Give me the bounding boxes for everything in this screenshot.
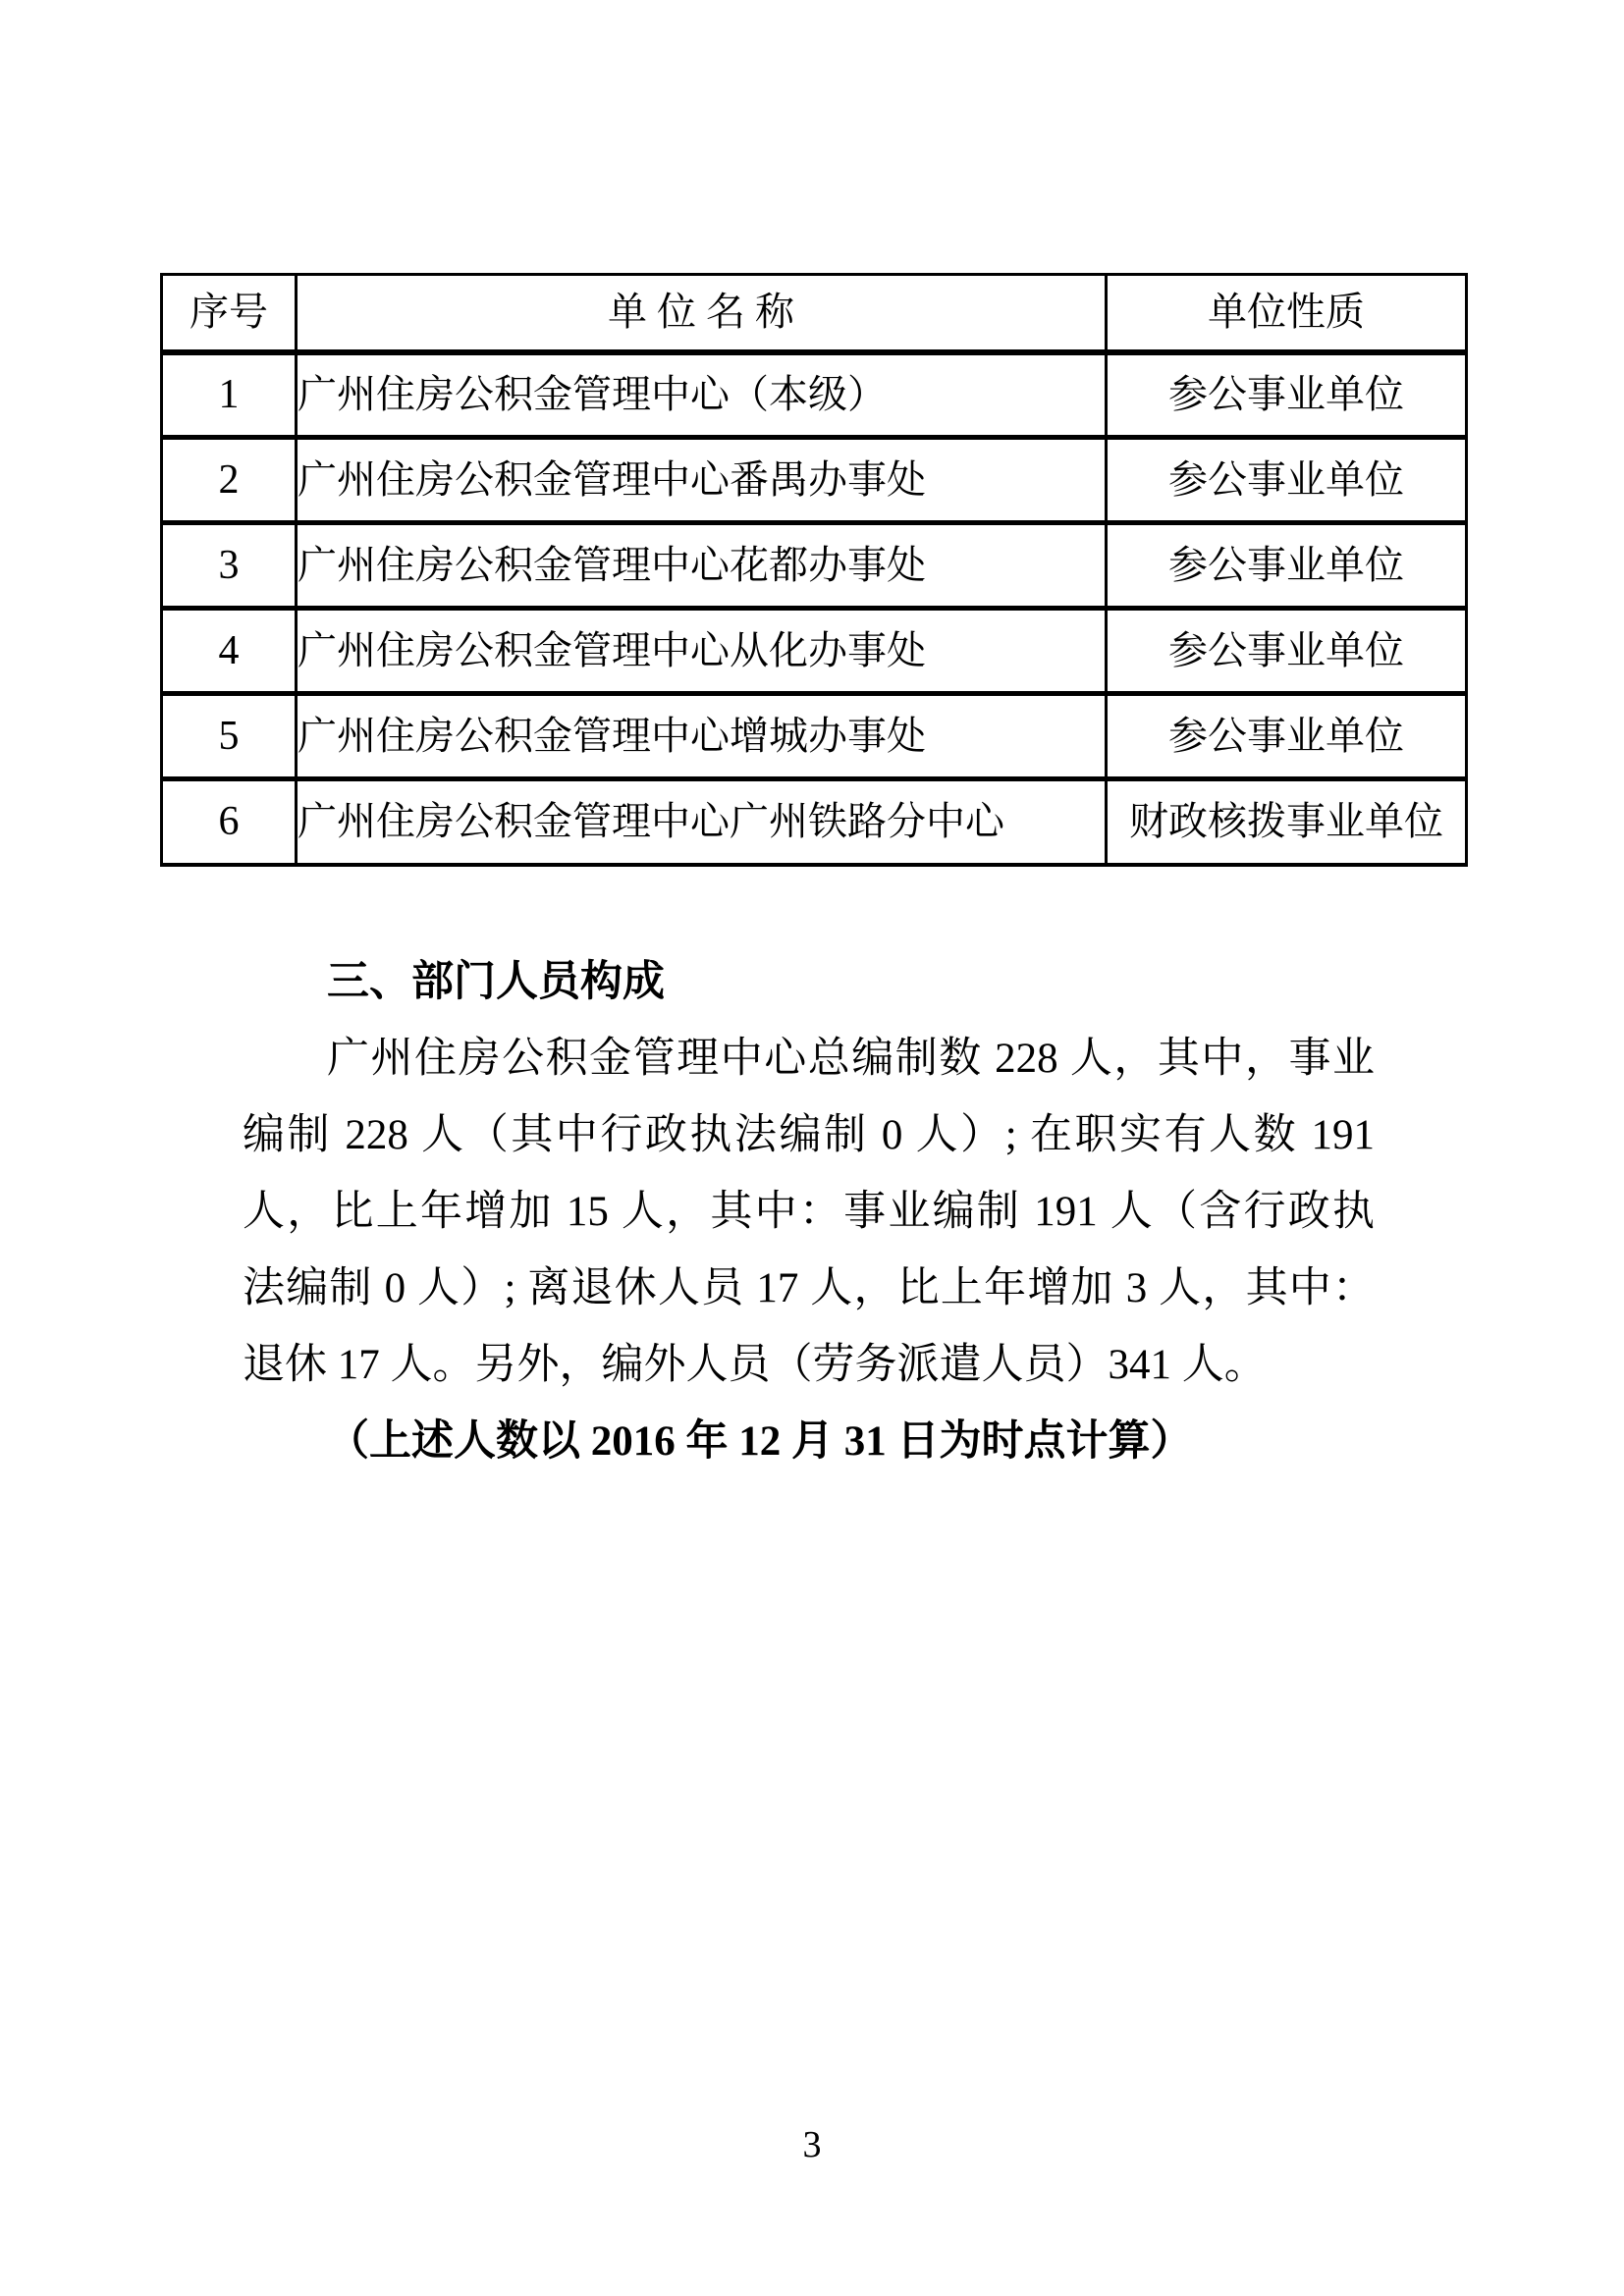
units-table: 序号 单 位 名 称 单位性质 1 广州住房公积金管理中心（本级） 参公事业单位… [160, 273, 1468, 867]
section-heading: 三、部门人员构成 [243, 944, 1375, 1021]
col-header-unit-nature: 单位性质 [1107, 275, 1467, 352]
paragraph-line: 人，比上年增加 15 人，其中：事业编制 191 人（含行政执 [243, 1174, 1375, 1251]
table-row: 6 广州住房公积金管理中心广州铁路分中心 财政核拨事业单位 [162, 779, 1467, 865]
cell-unit-name: 广州住房公积金管理中心番禺办事处 [297, 438, 1107, 523]
cell-unit-name: 广州住房公积金管理中心（本级） [297, 352, 1107, 438]
cell-serial: 6 [162, 779, 297, 865]
cell-serial: 5 [162, 694, 297, 779]
cell-unit-nature: 参公事业单位 [1107, 438, 1467, 523]
cell-serial: 4 [162, 609, 297, 694]
col-header-serial: 序号 [162, 275, 297, 352]
cell-serial: 1 [162, 352, 297, 438]
cell-unit-name: 广州住房公积金管理中心从化办事处 [297, 609, 1107, 694]
page-number: 3 [0, 2122, 1624, 2167]
section-staff-composition: 三、部门人员构成 广州住房公积金管理中心总编制数 228 人，其中，事业 编制 … [243, 944, 1375, 1480]
cell-unit-name: 广州住房公积金管理中心花都办事处 [297, 523, 1107, 609]
cell-unit-nature: 参公事业单位 [1107, 352, 1467, 438]
cell-unit-nature: 参公事业单位 [1107, 609, 1467, 694]
paragraph-line: 退休 17 人。另外，编外人员（劳务派遣人员）341 人。 [243, 1327, 1375, 1404]
table-row: 2 广州住房公积金管理中心番禺办事处 参公事业单位 [162, 438, 1467, 523]
cell-serial: 3 [162, 523, 297, 609]
paragraph-line: 编制 228 人（其中行政执法编制 0 人）; 在职实有人数 191 [243, 1097, 1375, 1174]
col-header-unit-name: 单 位 名 称 [297, 275, 1107, 352]
paragraph-line: 广州住房公积金管理中心总编制数 228 人，其中，事业 [243, 1021, 1375, 1097]
cell-unit-nature: 参公事业单位 [1107, 523, 1467, 609]
table-row: 3 广州住房公积金管理中心花都办事处 参公事业单位 [162, 523, 1467, 609]
cell-unit-name: 广州住房公积金管理中心增城办事处 [297, 694, 1107, 779]
table-row: 4 广州住房公积金管理中心从化办事处 参公事业单位 [162, 609, 1467, 694]
table-row: 1 广州住房公积金管理中心（本级） 参公事业单位 [162, 352, 1467, 438]
cell-unit-nature: 财政核拨事业单位 [1107, 779, 1467, 865]
table-row: 5 广州住房公积金管理中心增城办事处 参公事业单位 [162, 694, 1467, 779]
cell-unit-nature: 参公事业单位 [1107, 694, 1467, 779]
table-header-row: 序号 单 位 名 称 单位性质 [162, 275, 1467, 352]
cell-serial: 2 [162, 438, 297, 523]
document-page: 序号 单 位 名 称 单位性质 1 广州住房公积金管理中心（本级） 参公事业单位… [0, 0, 1624, 2296]
note-line: （上述人数以 2016 年 12 月 31 日为时点计算） [243, 1404, 1375, 1480]
cell-unit-name: 广州住房公积金管理中心广州铁路分中心 [297, 779, 1107, 865]
paragraph-line: 法编制 0 人）; 离退休人员 17 人，比上年增加 3 人，其中： [243, 1251, 1375, 1327]
staff-composition-paragraph: 广州住房公积金管理中心总编制数 228 人，其中，事业 编制 228 人（其中行… [243, 1021, 1375, 1404]
